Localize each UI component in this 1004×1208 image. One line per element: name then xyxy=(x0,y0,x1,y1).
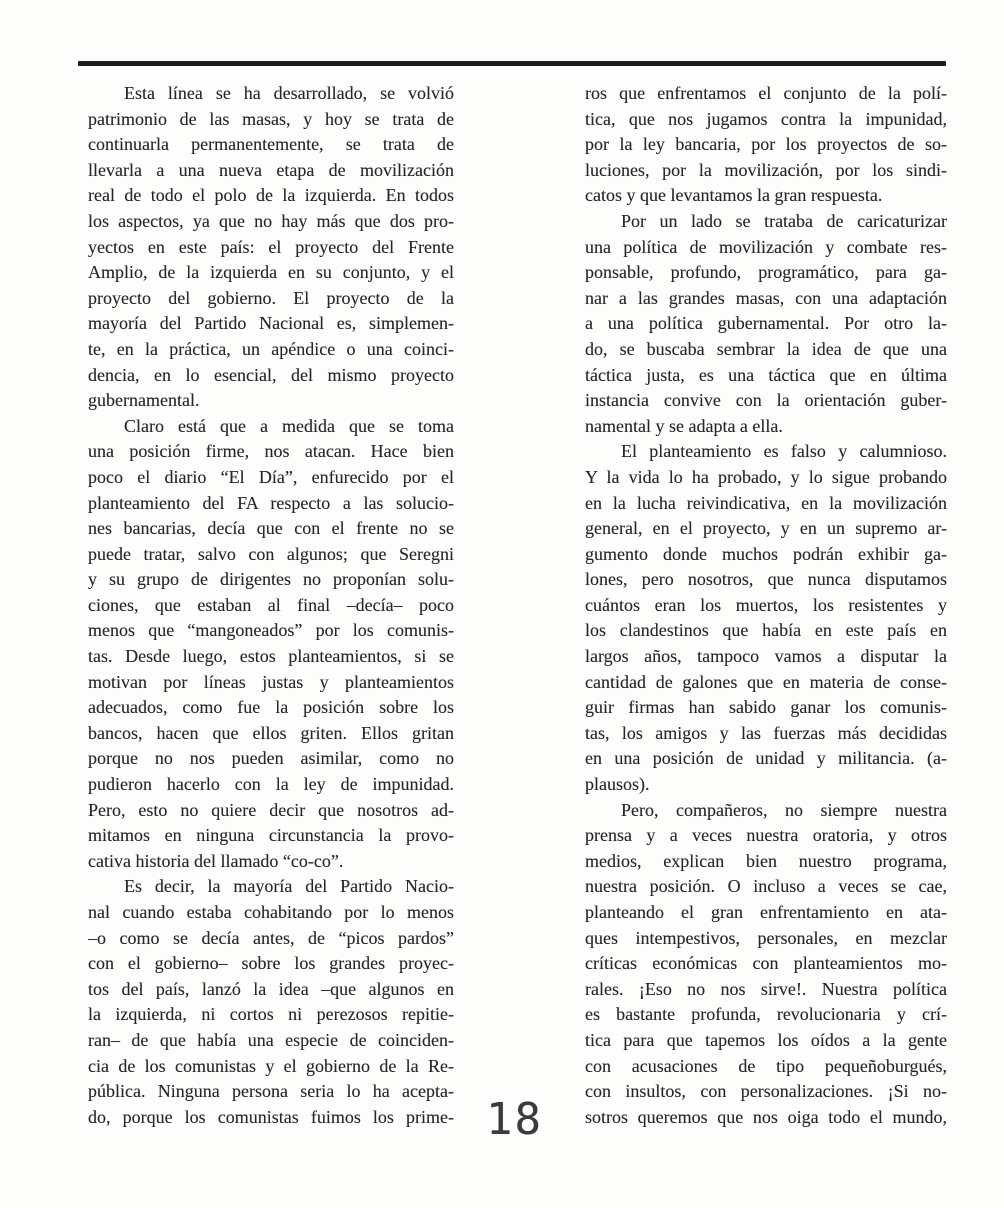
text-line: tica para que tapemos los oídos a la gen… xyxy=(585,1028,947,1054)
text-line: y su grupo de dirigentes no proponían so… xyxy=(88,567,454,593)
text-line: plausos). xyxy=(585,772,947,798)
top-rule-divider xyxy=(78,61,946,66)
text-line: gubernamental. xyxy=(88,388,454,414)
text-line: Por un lado se trataba de caricaturizar xyxy=(585,209,947,235)
text-line: es bastante profunda, revolucionaria y c… xyxy=(585,1002,947,1028)
text-line: planteamiento del FA respecto a las solu… xyxy=(88,491,454,517)
text-line: con acusaciones de tipo pequeñoburgués, xyxy=(585,1054,947,1080)
text-line: dencia, en lo esencial, del mismo proyec… xyxy=(88,363,454,389)
paragraph: Esta línea se ha desarrollado, se volvió… xyxy=(88,81,454,414)
text-line: Y la vida lo ha probado, y lo sigue prob… xyxy=(585,465,947,491)
text-line: nes bancarias, decía que con el frente n… xyxy=(88,516,454,542)
text-line: general, en el proyecto, y en un supremo… xyxy=(585,516,947,542)
text-line: tos del país, lanzó la idea –que algunos… xyxy=(88,977,454,1003)
text-line: motivan por líneas justas y planteamient… xyxy=(88,670,454,696)
paragraph: El planteamiento es falso y calumnioso.Y… xyxy=(585,439,947,797)
page-number: 18 xyxy=(486,1094,543,1146)
text-line: mitamos en ninguna circunstancia la prov… xyxy=(88,823,454,849)
text-line: a una política gubernamental. Por otro l… xyxy=(585,311,947,337)
text-line: te, en la práctica, un apéndice o una co… xyxy=(88,337,454,363)
text-line: catos y que levantamos la gran respuesta… xyxy=(585,183,947,209)
text-line: patrimonio de las masas, y hoy se trata … xyxy=(88,107,454,133)
text-line: proyecto del gobierno. El proyecto de la xyxy=(88,286,454,312)
text-line: El planteamiento es falso y calumnioso. xyxy=(585,439,947,465)
text-line: Es decir, la mayoría del Partido Nacio- xyxy=(88,874,454,900)
text-line: críticas económicas con planteamientos m… xyxy=(585,951,947,977)
text-line: con insultos, con personalizaciones. ¡Si… xyxy=(585,1079,947,1105)
text-line: nal cuando estaba cohabitando por lo men… xyxy=(88,900,454,926)
text-line: namental y se adapta a ella. xyxy=(585,414,947,440)
text-line: nar a las grandes masas, con una adaptac… xyxy=(585,286,947,312)
text-line: sotros queremos que nos oiga todo el mun… xyxy=(585,1105,947,1131)
text-line: Amplio, de la izquierda en su conjunto, … xyxy=(88,260,454,286)
text-line: Pero, esto no quiere decir que nosotros … xyxy=(88,798,454,824)
text-line: continuarla permanentemente, se trata de xyxy=(88,132,454,158)
text-line: tas, los amigos y las fuerzas más decidi… xyxy=(585,721,947,747)
text-line: Esta línea se ha desarrollado, se volvió xyxy=(88,81,454,107)
text-line: en la lucha reivindicativa, en la movili… xyxy=(585,491,947,517)
text-line: ponsable, profundo, programático, para g… xyxy=(585,260,947,286)
text-line: instancia convive con la orientación gub… xyxy=(585,388,947,414)
text-line: largos años, tampoco vamos a disputar la xyxy=(585,644,947,670)
text-line: tas. Desde luego, estos planteamientos, … xyxy=(88,644,454,670)
text-line: Claro está que a medida que se toma xyxy=(88,414,454,440)
text-column-right: ros que enfrentamos el conjunto de la po… xyxy=(585,81,947,1130)
text-line: –o como se decía antes, de “picos pardos… xyxy=(88,926,454,952)
scanned-document-page: Esta línea se ha desarrollado, se volvió… xyxy=(0,0,1004,1208)
text-line: una política de movilización y combate r… xyxy=(585,235,947,261)
text-line: porque no nos pueden asimilar, como no xyxy=(88,746,454,772)
text-line: la izquierda, ni cortos ni perezosos rep… xyxy=(88,1002,454,1028)
text-line: en una posición de unidad y militancia. … xyxy=(585,746,947,772)
text-line: rales. ¡Eso no nos sirve!. Nuestra polít… xyxy=(585,977,947,1003)
text-line: real de todo el polo de la izquierda. En… xyxy=(88,183,454,209)
text-line: do, porque los comunistas fuimos los pri… xyxy=(88,1105,454,1131)
text-line: gumento donde muchos podrán exhibir ga- xyxy=(585,542,947,568)
text-line: lones, pero nosotros, que nunca disputam… xyxy=(585,567,947,593)
text-line: ques intempestivos, personales, en mezcl… xyxy=(585,926,947,952)
text-line: pública. Ninguna persona seria lo ha ace… xyxy=(88,1079,454,1105)
text-line: poco el diario “El Día”, enfurecido por … xyxy=(88,465,454,491)
text-line: planteando el gran enfrentamiento en ata… xyxy=(585,900,947,926)
paragraph: Es decir, la mayoría del Partido Nacio-n… xyxy=(88,874,454,1130)
text-line: mayoría del Partido Nacional es, simplem… xyxy=(88,311,454,337)
text-line: tica, que nos jugamos contra la impunida… xyxy=(585,107,947,133)
paragraph: Pero, compañeros, no siempre nuestrapren… xyxy=(585,798,947,1131)
text-line: una posición firme, nos atacan. Hace bie… xyxy=(88,439,454,465)
text-line: llevarla a una nueva etapa de movilizaci… xyxy=(88,158,454,184)
text-line: los clandestinos que había en este país … xyxy=(585,618,947,644)
paragraph: ros que enfrentamos el conjunto de la po… xyxy=(585,81,947,209)
text-line: ros que enfrentamos el conjunto de la po… xyxy=(585,81,947,107)
text-line: luciones, por la movilización, por los s… xyxy=(585,158,947,184)
text-line: do, se buscaba sembrar la idea de que un… xyxy=(585,337,947,363)
text-line: medios, explican bien nuestro programa, xyxy=(585,849,947,875)
text-line: cia de los comunistas y el gobierno de l… xyxy=(88,1054,454,1080)
text-line: por la ley bancaria, por los proyectos d… xyxy=(585,132,947,158)
text-line: táctica justa, es una táctica que en últ… xyxy=(585,363,947,389)
text-line: guir firmas han sabido ganar los comunis… xyxy=(585,695,947,721)
text-line: Pero, compañeros, no siempre nuestra xyxy=(585,798,947,824)
paragraph: Claro está que a medida que se tomauna p… xyxy=(88,414,454,875)
text-line: menos que “mangoneados” por los comunis- xyxy=(88,618,454,644)
text-line: pudieron hacerlo con la ley de impunidad… xyxy=(88,772,454,798)
text-line: con el gobierno– sobre los grandes proye… xyxy=(88,951,454,977)
text-line: yectos en este país: el proyecto del Fre… xyxy=(88,235,454,261)
text-line: nuestra posición. O incluso a veces se c… xyxy=(585,874,947,900)
text-line: prensa y a veces nuestra oratoria, y otr… xyxy=(585,823,947,849)
text-line: ciones, que estaban al final –decía– poc… xyxy=(88,593,454,619)
text-line: cantidad de galones que en materia de co… xyxy=(585,670,947,696)
paragraph: Por un lado se trataba de caricaturizaru… xyxy=(585,209,947,439)
text-line: ran– de que había una especie de coincid… xyxy=(88,1028,454,1054)
text-line: cativa historia del llamado “co-co”. xyxy=(88,849,454,875)
text-line: bancos, hacen que ellos griten. Ellos gr… xyxy=(88,721,454,747)
text-line: adecuados, como fue la posición sobre lo… xyxy=(88,695,454,721)
text-line: los aspectos, ya que no hay más que dos … xyxy=(88,209,454,235)
text-column-left: Esta línea se ha desarrollado, se volvió… xyxy=(88,81,454,1130)
text-line: puede tratar, salvo con algunos; que Ser… xyxy=(88,542,454,568)
text-line: cuántos eran los muertos, los resistente… xyxy=(585,593,947,619)
